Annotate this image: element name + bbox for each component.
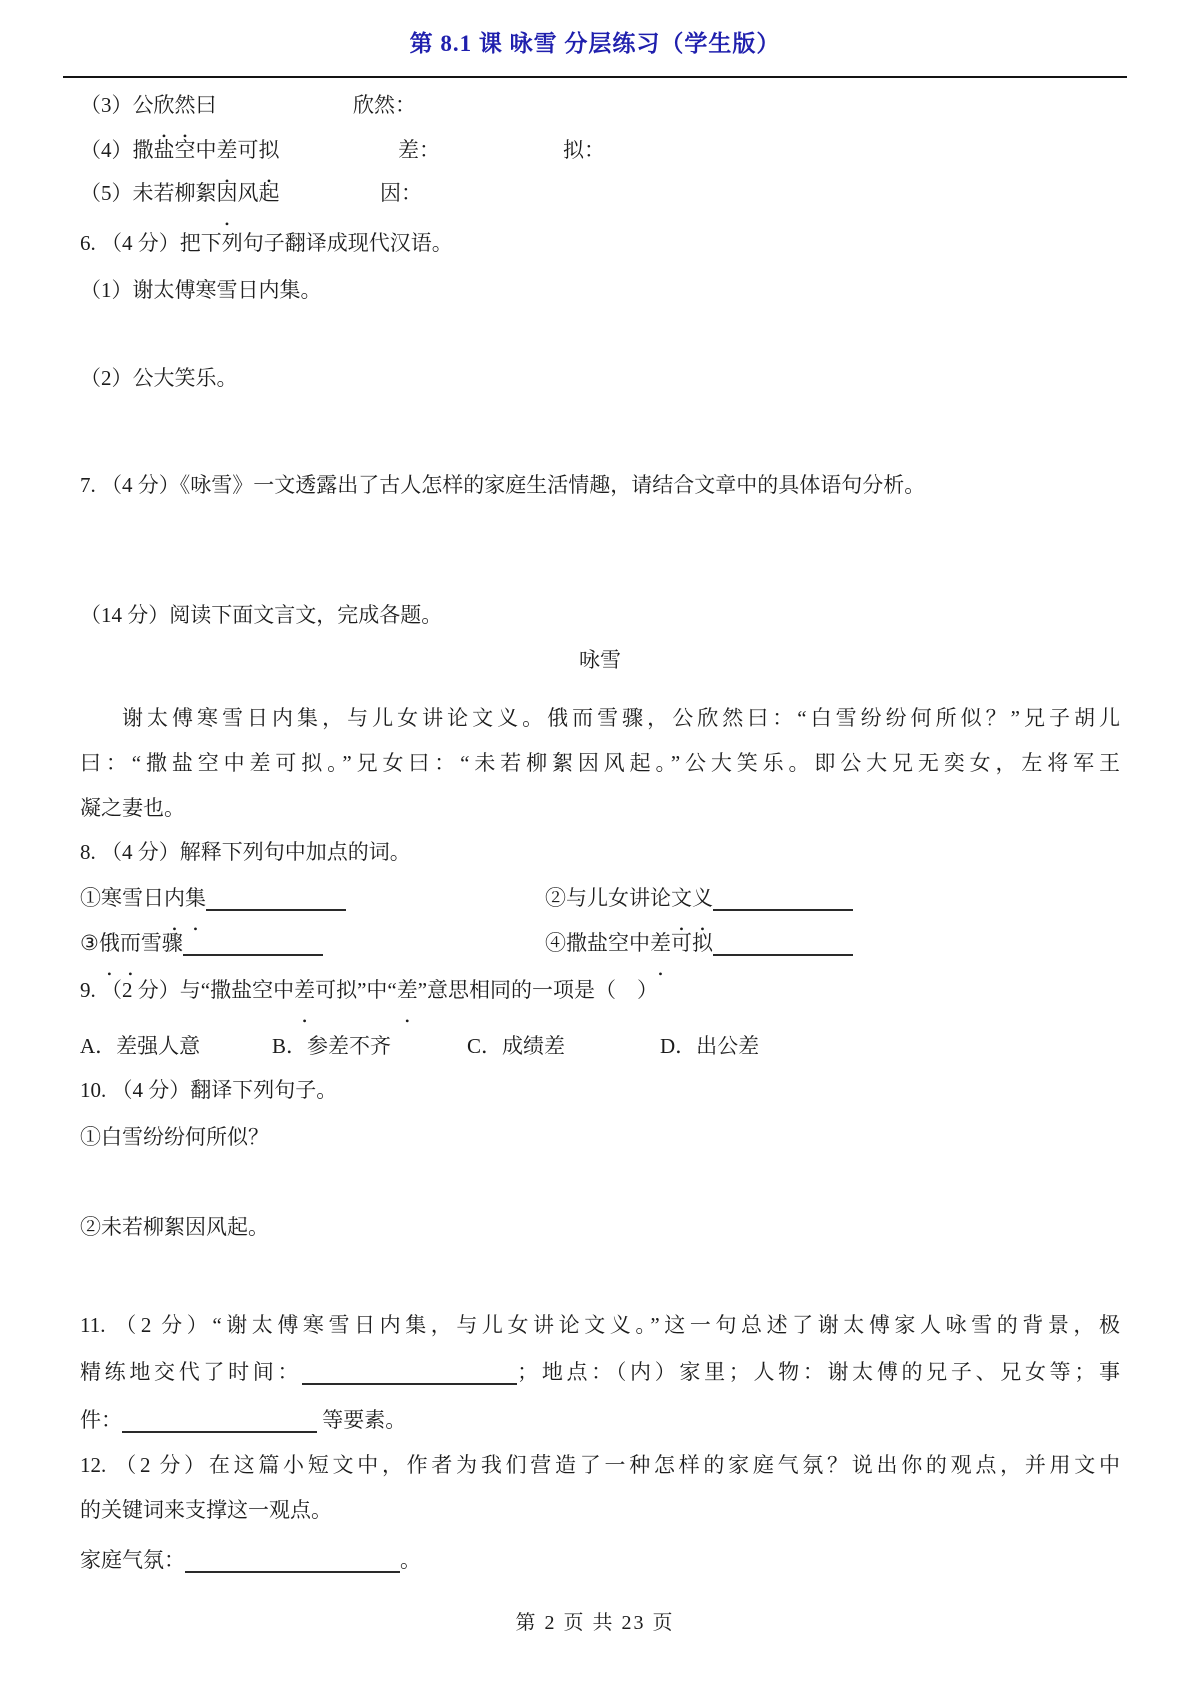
option-c: C．成绩差 [467,1023,565,1069]
reading-intro: （14 分）阅读下面文言文，完成各题。 [80,592,1120,638]
definition-4-term-1: 差： [398,127,440,173]
question-9-stem: 9. （2 分）与“撒盐空中差可拟”中“差”意思相同的一项是（ ） [80,967,1120,1013]
option-a: A．差强人意 [80,1023,200,1069]
answer-blank [185,1545,400,1573]
question-10-sentence-2: ②未若柳絮因风起。 [80,1204,1120,1250]
question-12-answer-line: 家庭气氛：。 [80,1537,1120,1583]
question-6-stem: 6. （4 分）把下列句子翻译成现代汉语。 [80,220,1120,266]
answer-blank [302,1357,517,1385]
question-8-item-3: ③俄而雪骤 [80,931,323,955]
question-10-stem: 10. （4 分）翻译下列句子。 [80,1067,1120,1113]
question-8-stem: 8. （4 分）解释下列句中加点的词。 [80,829,1120,875]
definition-5-phrase: （5）未若柳絮因风起 [80,181,280,205]
worksheet-page: 第 8.1 课 咏雪 分层练习（学生版） （3）公欣然曰 欣然： （4）撒盐空中… [0,0,1190,1682]
definition-3-term: 欣然： [353,82,416,128]
question-11-line-1: 11. （2 分）“谢太傅寒雪日内集，与儿女讲论文义。”这一句总述了谢太傅家人咏… [80,1302,1120,1348]
question-12-line-1: 12. （2 分）在这篇小短文中，作者为我们营造了一种怎样的家庭气氛？说出你的观… [80,1442,1120,1488]
header-divider [63,76,1127,78]
question-12-line-2: 的关键词来支撑这一观点。 [80,1487,1120,1533]
answer-blank [206,883,346,911]
question-8-item-1: ①寒雪日内集 [80,886,346,910]
question-8-item-2: ②与儿女讲论文义 [545,875,853,921]
definition-3-phrase: （3）公欣然曰 [80,93,217,117]
question-8-row-1: ①寒雪日内集 ②与儿女讲论文义 [80,875,1120,921]
question-11-line-2: 精练地交代了时间：；地点：（内）家里；人物：谢太傅的兄子、兄女等；事 [80,1349,1120,1395]
option-d: D．出公差 [660,1023,759,1069]
definition-row-4: （4）撒盐空中差可拟 差： 拟： [80,127,1120,173]
question-9-options: A．差强人意 B．参差不齐 C．成绩差 D．出公差 [80,1023,1120,1069]
question-8-row-2: ③俄而雪骤 ④撒盐空中差可拟 [80,920,1120,966]
passage-line-2: 曰：“撒盐空中差可拟。”兄女曰：“未若柳絮因风起。”公大笑乐。即公大兄无奕女，左… [80,740,1120,786]
answer-blank [713,883,853,911]
question-8-item-4: ④撒盐空中差可拟 [545,920,853,966]
answer-blank [713,928,853,956]
definition-5-term: 因： [380,170,422,216]
question-6-sentence-1: （1）谢太傅寒雪日内集。 [80,267,1120,313]
question-7-stem: 7. （4 分）《咏雪》一文透露出了古人怎样的家庭生活情趣，请结合文章中的具体语… [80,462,1120,508]
question-10-sentence-1: ①白雪纷纷何所似？ [80,1114,1120,1160]
answer-blank [122,1405,317,1433]
answer-blank [183,928,323,956]
question-11-line-3: 件： 等要素。 [80,1397,1120,1443]
passage-line-3: 凝之妻也。 [80,785,1120,831]
passage-line-1: 谢太傅寒雪日内集，与儿女讲论文义。俄而雪骤，公欣然曰：“白雪纷纷何所似？”兄子胡… [80,695,1120,741]
option-b: B．参差不齐 [272,1023,391,1069]
page-title: 第 8.1 课 咏雪 分层练习（学生版） [0,26,1190,62]
question-6-sentence-2: （2）公大笑乐。 [80,355,1120,401]
definition-4-term-2: 拟： [563,127,605,173]
definition-row-5: （5）未若柳絮因风起 因： [80,170,1120,216]
definition-4-phrase: （4）撒盐空中差可拟 [80,138,280,162]
reading-passage-title: 咏雪 [80,637,1120,683]
definition-row-3: （3）公欣然曰 欣然： [80,82,1120,128]
page-footer: 第 2 页 共 23 页 [0,1600,1190,1646]
